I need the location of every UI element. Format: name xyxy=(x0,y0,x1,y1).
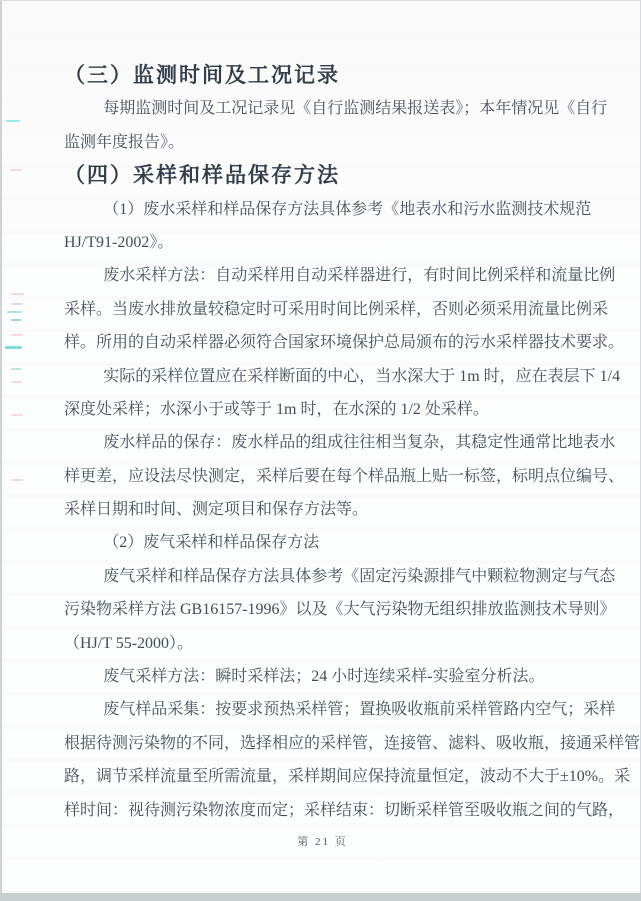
scan-artifact xyxy=(11,368,21,370)
text-line: （1）废水采样和样品保存方法具体参考《地表水和污水监测技术规范 xyxy=(64,193,609,226)
document-body: （三）监测时间及工况记录 每期监测时间及工况记录见《自行监测结果报送表》；本年情… xyxy=(64,59,609,827)
scan-artifact xyxy=(6,120,20,122)
text-line: HJ/T91-2002》。 xyxy=(64,226,609,259)
scan-artifact xyxy=(11,303,23,305)
scan-artifact xyxy=(10,169,22,171)
text-line: （HJ/T 55-2000）。 xyxy=(64,627,609,660)
text-line: 监测年度报告》。 xyxy=(64,126,609,159)
text-line: 深度处采样；水深小于或等于 1m 时，在水深的 1/2 处采样。 xyxy=(64,393,609,426)
section-heading-4: （四）采样和样品保存方法 xyxy=(64,159,609,192)
text-line: 采样。当废水排放量较稳定时可采用时间比例采样，否则必须采用流量比例采 xyxy=(64,293,609,326)
scan-artifact xyxy=(5,346,22,349)
text-line: 每期监测时间及工况记录见《自行监测结果报送表》；本年情况见《自行 xyxy=(64,92,609,125)
scan-artifact xyxy=(11,479,23,481)
text-line: 废气采样和样品保存方法具体参考《固定污染源排气中颗粒物测定与气态 xyxy=(64,560,609,593)
section-heading-3: （三）监测时间及工况记录 xyxy=(64,59,609,92)
text-line: 废气采样方法：瞬时采样法；24 小时连续采样-实验室分析法。 xyxy=(64,660,609,693)
text-line: 路，调节采样流量至所需流量，采样期间应保持流量恒定，波动不大于±10%。采 xyxy=(64,760,609,793)
text-line: 样时间：视待测污染物浓度而定；采样结束：切断采样管至吸收瓶之间的气路， xyxy=(64,794,609,827)
scan-artifact xyxy=(11,319,21,321)
page-number-footer: 第 21 页 xyxy=(2,833,641,849)
text-line: 污染物采样方法 GB16157-1996》以及《大气污染物无组织排放监测技术导则… xyxy=(64,593,609,626)
scan-edge-shadow xyxy=(0,893,641,901)
scan-artifact xyxy=(11,334,23,336)
text-line: 根据待测污染物的不同，选择相应的采样管，连接管、滤料、吸收瓶，接通采样管 xyxy=(64,727,609,760)
text-line: 样更差，应设法尽快测定，采样后要在每个样品瓶上贴一标签，标明点位编号、 xyxy=(64,460,609,493)
text-line: （2）废气采样和样品保存方法 xyxy=(64,526,609,559)
text-line: 废气样品采集：按要求预热采样管；置换吸收瓶前采样管路内空气；采样 xyxy=(64,693,609,726)
scan-artifact xyxy=(11,414,23,416)
text-line: 采样日期和时间、测定项目和保存方法等。 xyxy=(64,493,609,526)
scan-artifact xyxy=(11,381,22,383)
text-line: 实际的采样位置应在采样断面的中心，当水深大于 1m 时，应在表层下 1/4 xyxy=(64,360,609,393)
text-line: 样。所用的自动采样器必须符合国家环境保护总局颁布的污水采样器技术要求。 xyxy=(64,326,609,359)
scan-artifact xyxy=(7,311,22,313)
scanned-document-page: （三）监测时间及工况记录 每期监测时间及工况记录见《自行监测结果报送表》；本年情… xyxy=(0,0,641,893)
text-line: 废水样品的保存：废水样品的组成往往相当复杂，其稳定性通常比地表水 xyxy=(64,426,609,459)
scan-artifact xyxy=(11,293,24,295)
text-line: 废水采样方法：自动采样用自动采样器进行，有时间比例采样和流量比例 xyxy=(64,259,609,292)
